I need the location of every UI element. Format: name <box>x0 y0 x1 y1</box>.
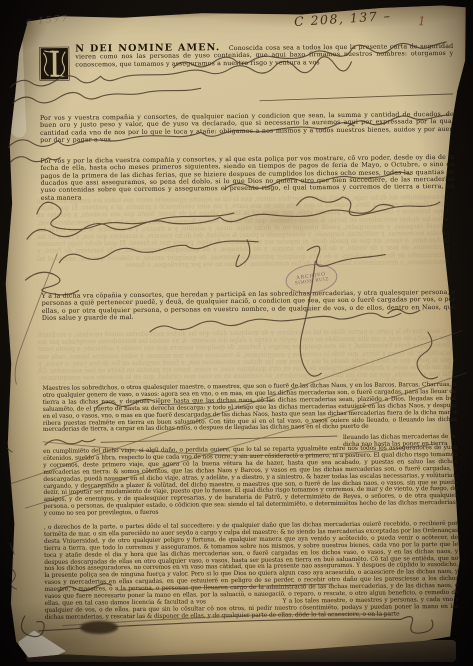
printed-paragraph-sum: Por vos y vuestra compañia y consortes, … <box>40 111 454 144</box>
printed-paragraph-term: Por vos y por la dicha vuestra compañia … <box>40 154 454 202</box>
verso-bleedthrough-text: , o derechos de la parte, o partes dõde … <box>38 328 450 384</box>
folio-number: 1 <box>418 14 426 28</box>
page-content: a 1577 C 208, 137 – 1 en cumplimiẽto del… <box>0 0 473 666</box>
woodcut-initial-icon <box>39 47 69 81</box>
archive-reference-number: C 208, 137 – <box>294 8 392 29</box>
printed-paragraph-company: Y a la dicha vra cõpañia y consortes, qu… <box>42 289 456 322</box>
printed-paragraph-risks: , o derechos de la parte, o partes dõde … <box>44 521 459 622</box>
printed-paragraph-masters: Maestres los sobredichos, o otros quales… <box>42 382 456 434</box>
verso-bleedthrough-text: en cumplimiẽto del dicho viaje, si algũ … <box>37 194 450 278</box>
pencil-year-note: a 1577 <box>26 14 70 27</box>
printed-text: , o derechos de la parte, o partes dõde … <box>44 521 459 607</box>
margin-marks <box>7 448 16 589</box>
printed-paragraph-voyage: en cumplimiẽto del dicho viaje, si algũ … <box>43 445 458 518</box>
opening-paragraph: N DEI NOMINE AMEN. Conoscida cosa sea a … <box>39 42 453 82</box>
photo-background: a 1577 C 208, 137 – 1 en cumplimiẽto del… <box>0 0 473 666</box>
handwriting-gap <box>208 603 280 604</box>
